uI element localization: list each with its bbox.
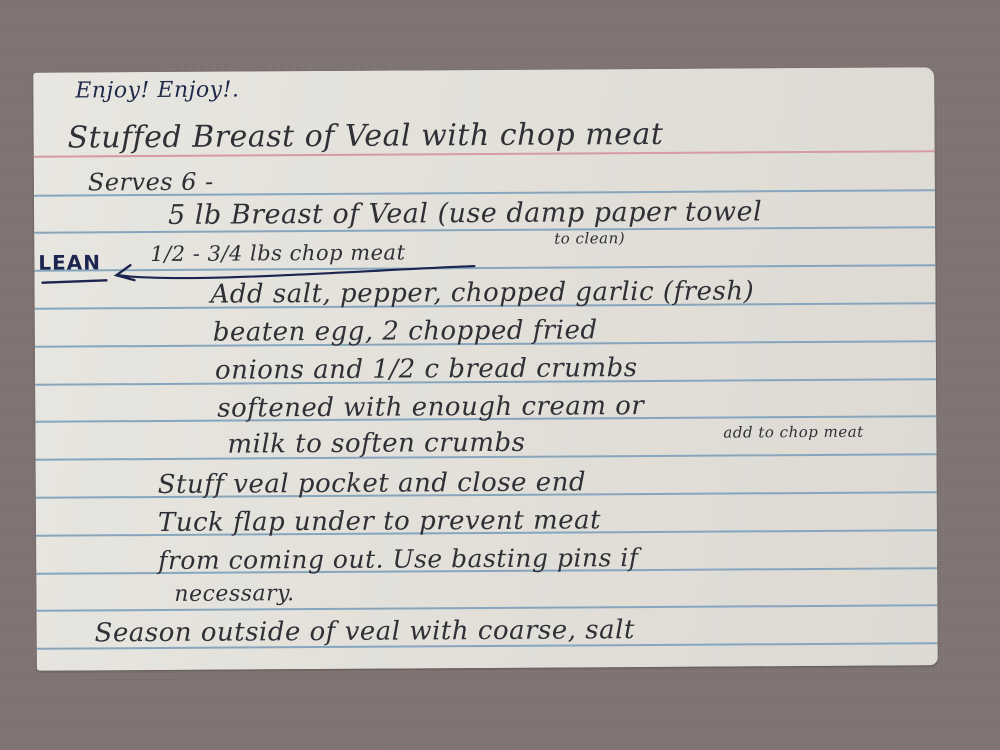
filling-note: add to chop meat	[723, 423, 863, 442]
instruction-line: necessary.	[174, 581, 294, 607]
filling-line: milk to soften crumbs	[227, 428, 525, 460]
instruction-line: Stuff veal pocket and close end	[158, 467, 587, 500]
filling-line: onions and 1/2 c bread crumbs	[215, 353, 638, 386]
recipe-card: Enjoy! Enjoy!. Stuffed Breast of Veal wi…	[33, 67, 938, 670]
filling-line: Add salt, pepper, chopped garlic (fresh)	[210, 276, 754, 309]
filling-line: softened with enough cream or	[217, 391, 644, 424]
instruction-line: from coming out. Use basting pins if	[158, 543, 639, 575]
instruction-line: Season outside of veal with coarse, salt	[95, 615, 635, 648]
filling-line: beaten egg, 2 chopped fried	[213, 315, 598, 347]
instruction-line: Tuck flap under to prevent meat	[158, 505, 601, 538]
